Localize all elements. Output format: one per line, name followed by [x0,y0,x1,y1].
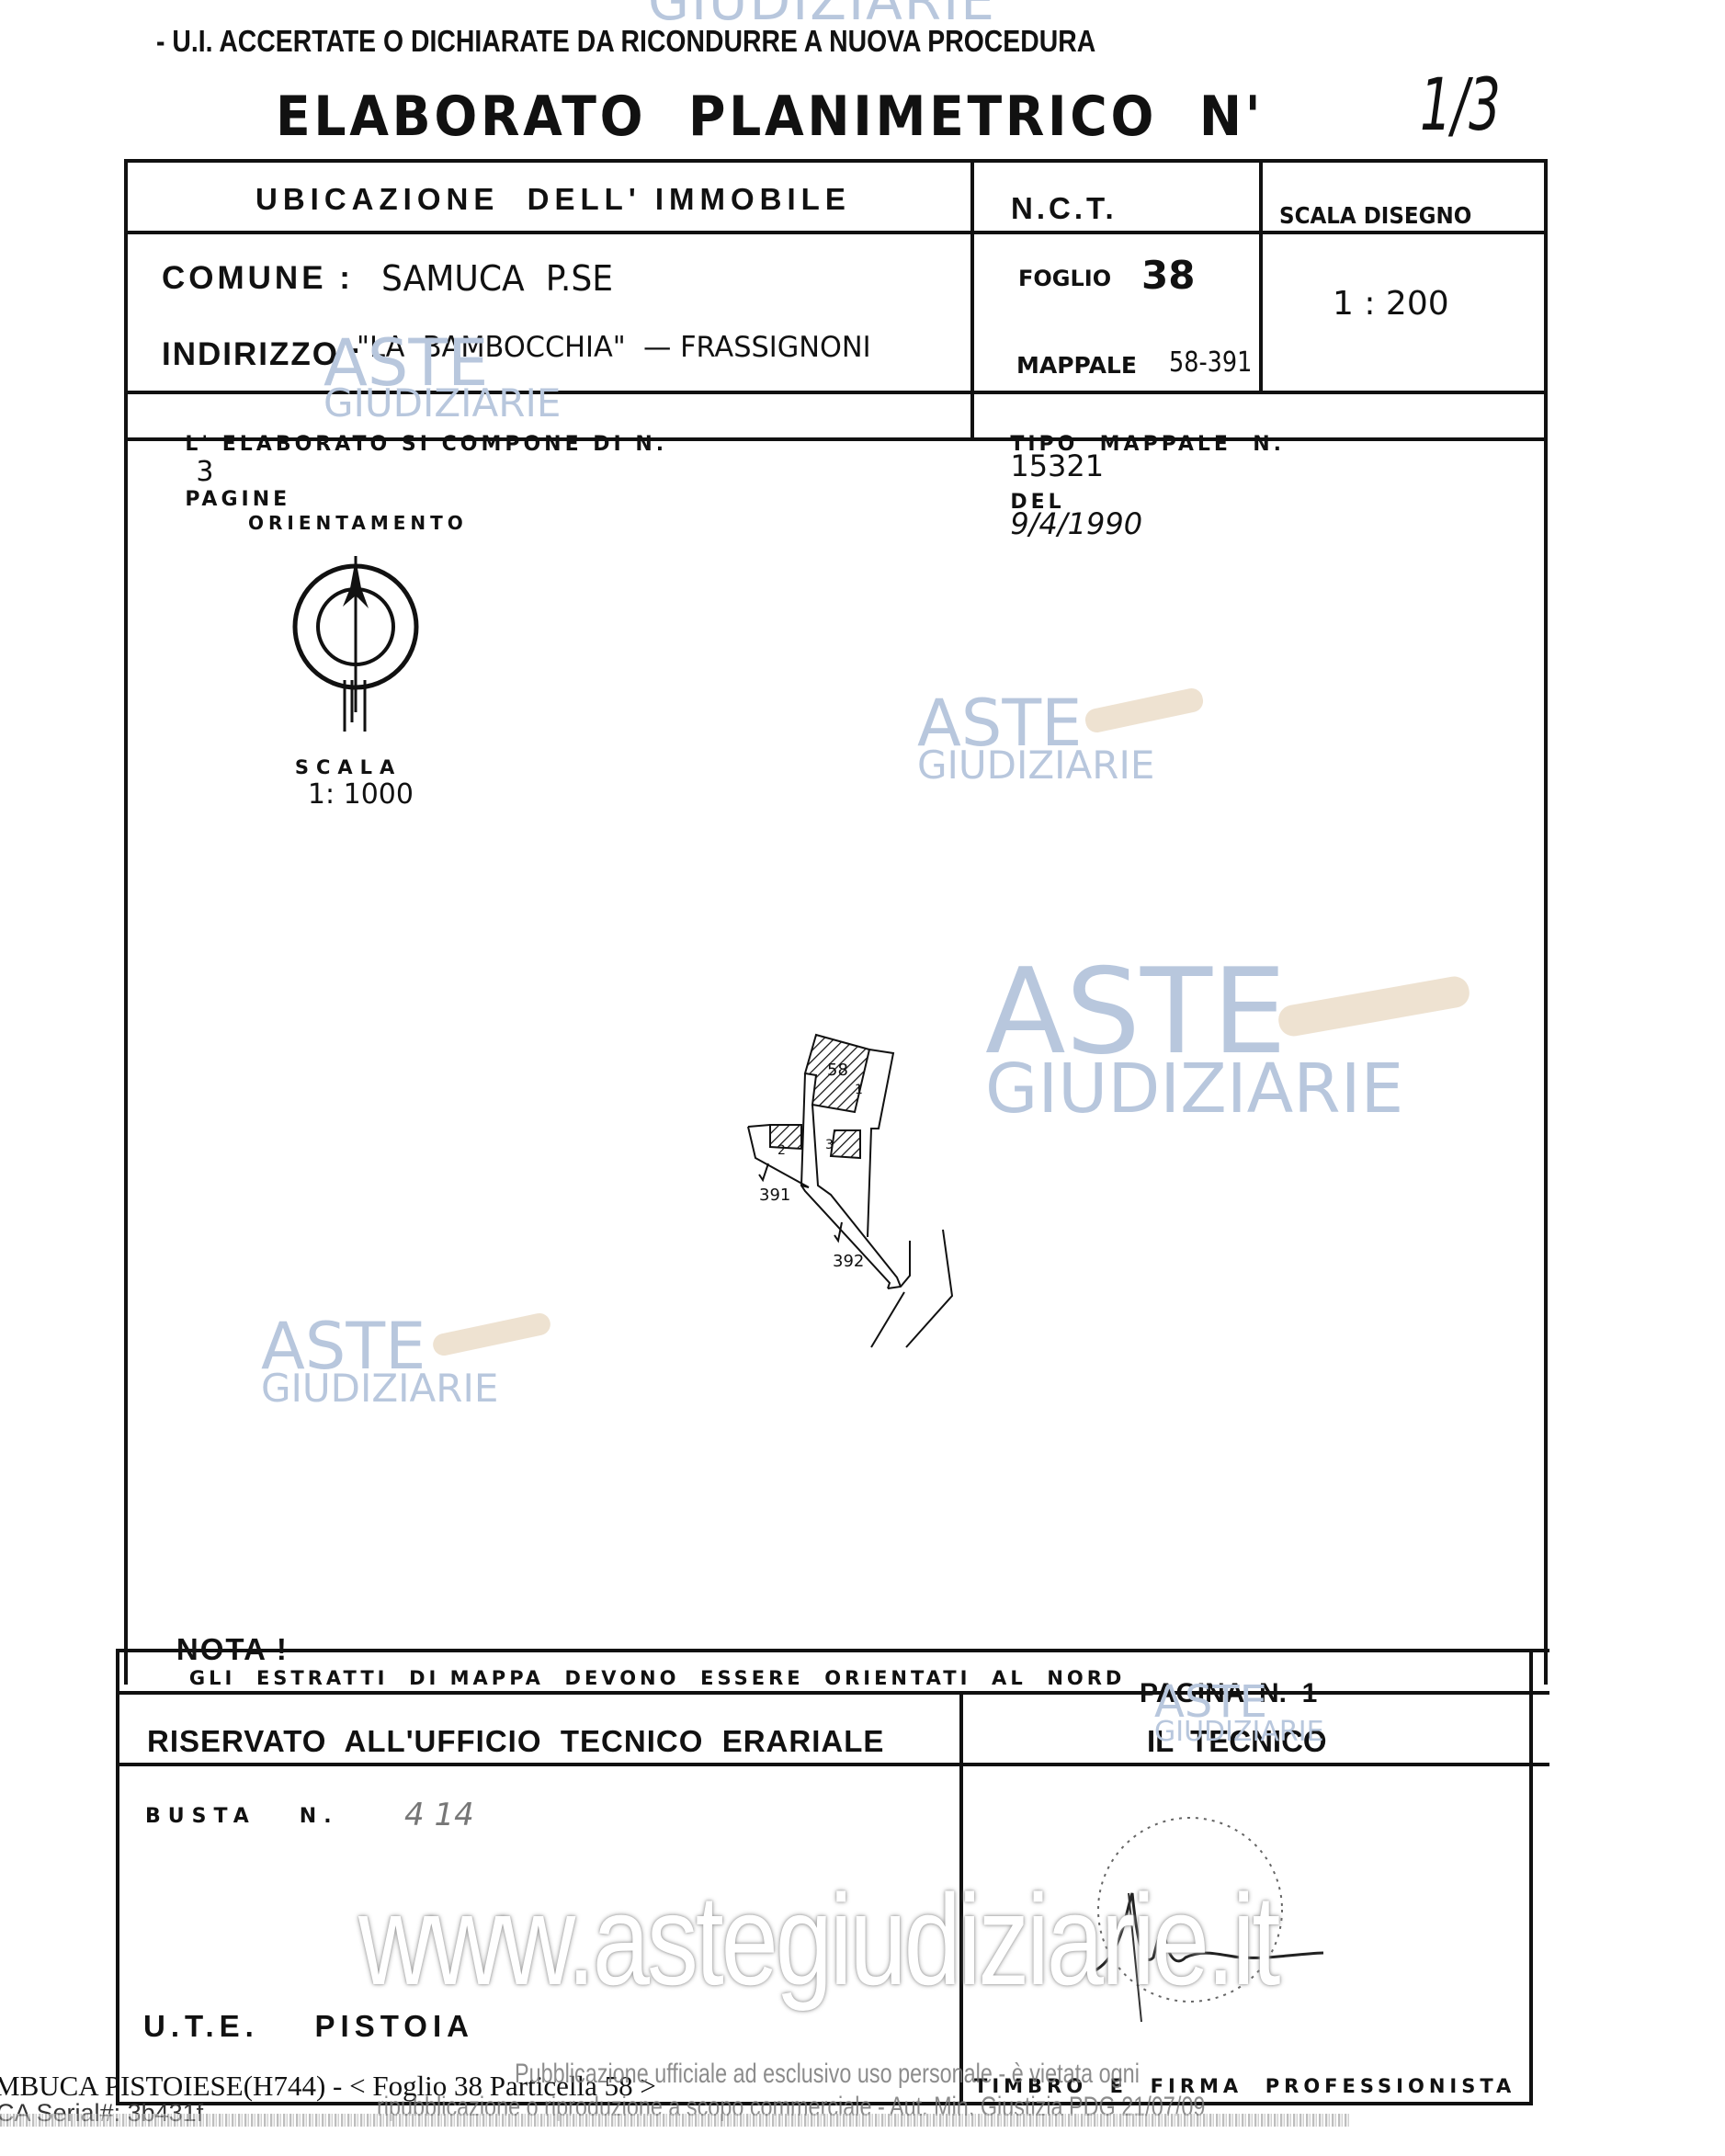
page-subtitle: - U.I. ACCERTATE O DICHIARATE DA RICONDU… [156,24,1095,59]
mappale-value: 58-391 [1169,346,1252,379]
watermark-logo-5: ASTE GIUDIZIARIE [1154,1680,1324,1746]
ubicazione-header: UBICAZIONE DELL' IMMOBILE [255,182,851,217]
page-title: ELABORATO PLANIMETRICO N' [276,85,1264,149]
parcel-label-392: 392 [833,1252,864,1271]
parcel-label-391: 391 [759,1186,790,1205]
parcel-label-3: 3 [825,1138,834,1152]
scala-disegno-header: SCALA DISEGNO [1279,202,1471,229]
foglio-value: 38 [1141,253,1195,298]
scan-noise-strip [0,2114,1351,2127]
nota-text: GLI ESTRATTI DI MAPPA DEVONO ESSERE ORIE… [189,1667,1125,1689]
pagine-count: 3 [196,456,217,488]
busta-label: BUSTA N. [145,1805,339,1828]
handwritten-sheet-number: 1/3 [1420,64,1501,147]
mappale-label: MAPPALE [1016,352,1137,379]
scala-value: 1: 1000 [308,778,414,811]
parcel-label-1: 1 [855,1083,863,1097]
parcel-label-58: 58 [827,1061,848,1080]
watermark-giudiziarie: GIUDIZIARIE [1154,1719,1324,1746]
scala-disegno-value: 1 : 200 [1333,285,1449,323]
parcel-label-2: 2 [777,1143,786,1158]
tipo-mappale: TIPO MAPPALE N. 15321 DEL 9/4/1990 [989,403,1285,541]
cadastral-map-sketch: 58 1 2 3 391 392 [717,1020,1011,1369]
watermark-giudiziarie: GIUDIZIARIE [323,384,561,423]
watermark-giudiziarie: GIUDIZIARIE [985,1055,1403,1123]
watermark-logo-3: ASTE GIUDIZIARIE [985,954,1403,1123]
pagine-prefix: L' ELABORATO SI COMPONE DI N. [185,433,667,456]
north-arrow-compass-icon [280,551,427,735]
comune-value: SAMUCA P.SE [381,258,613,299]
website-watermark: www.astegiudiziarie.it [358,1866,1277,2014]
watermark-giudiziarie: GIUDIZIARIE [261,1369,498,1408]
nota-line: NOTA ! GLI ESTRATTI DI MAPPA DEVONO ESSE… [168,1616,1125,1689]
pagine-suffix: PAGINE [185,488,290,511]
tipo-mappale-label: TIPO MAPPALE N. [1010,433,1285,456]
nct-header: N.C.T. [1011,191,1118,226]
watermark-giudiziarie: GIUDIZIARIE [917,746,1154,785]
orientamento-label: ORIENTAMENTO [248,512,468,534]
orientation-scale: SCALA 1: 1000 [287,740,414,811]
watermark-logo-1: ASTE GIUDIZIARIE [323,331,561,423]
del-label: DEL [1010,491,1064,514]
comune-label: COMUNE : [162,260,354,297]
busta-value: 4 14 [404,1797,474,1833]
riservato-header: RISERVATO ALL'UFFICIO TECNICO ERARIALE [147,1724,884,1759]
publication-notice-line1: Pubblicazione ufficiale ad esclusivo uso… [515,2059,1140,2090]
scala-label: SCALA [295,756,402,778]
foglio-label: FOGLIO [1018,266,1111,291]
